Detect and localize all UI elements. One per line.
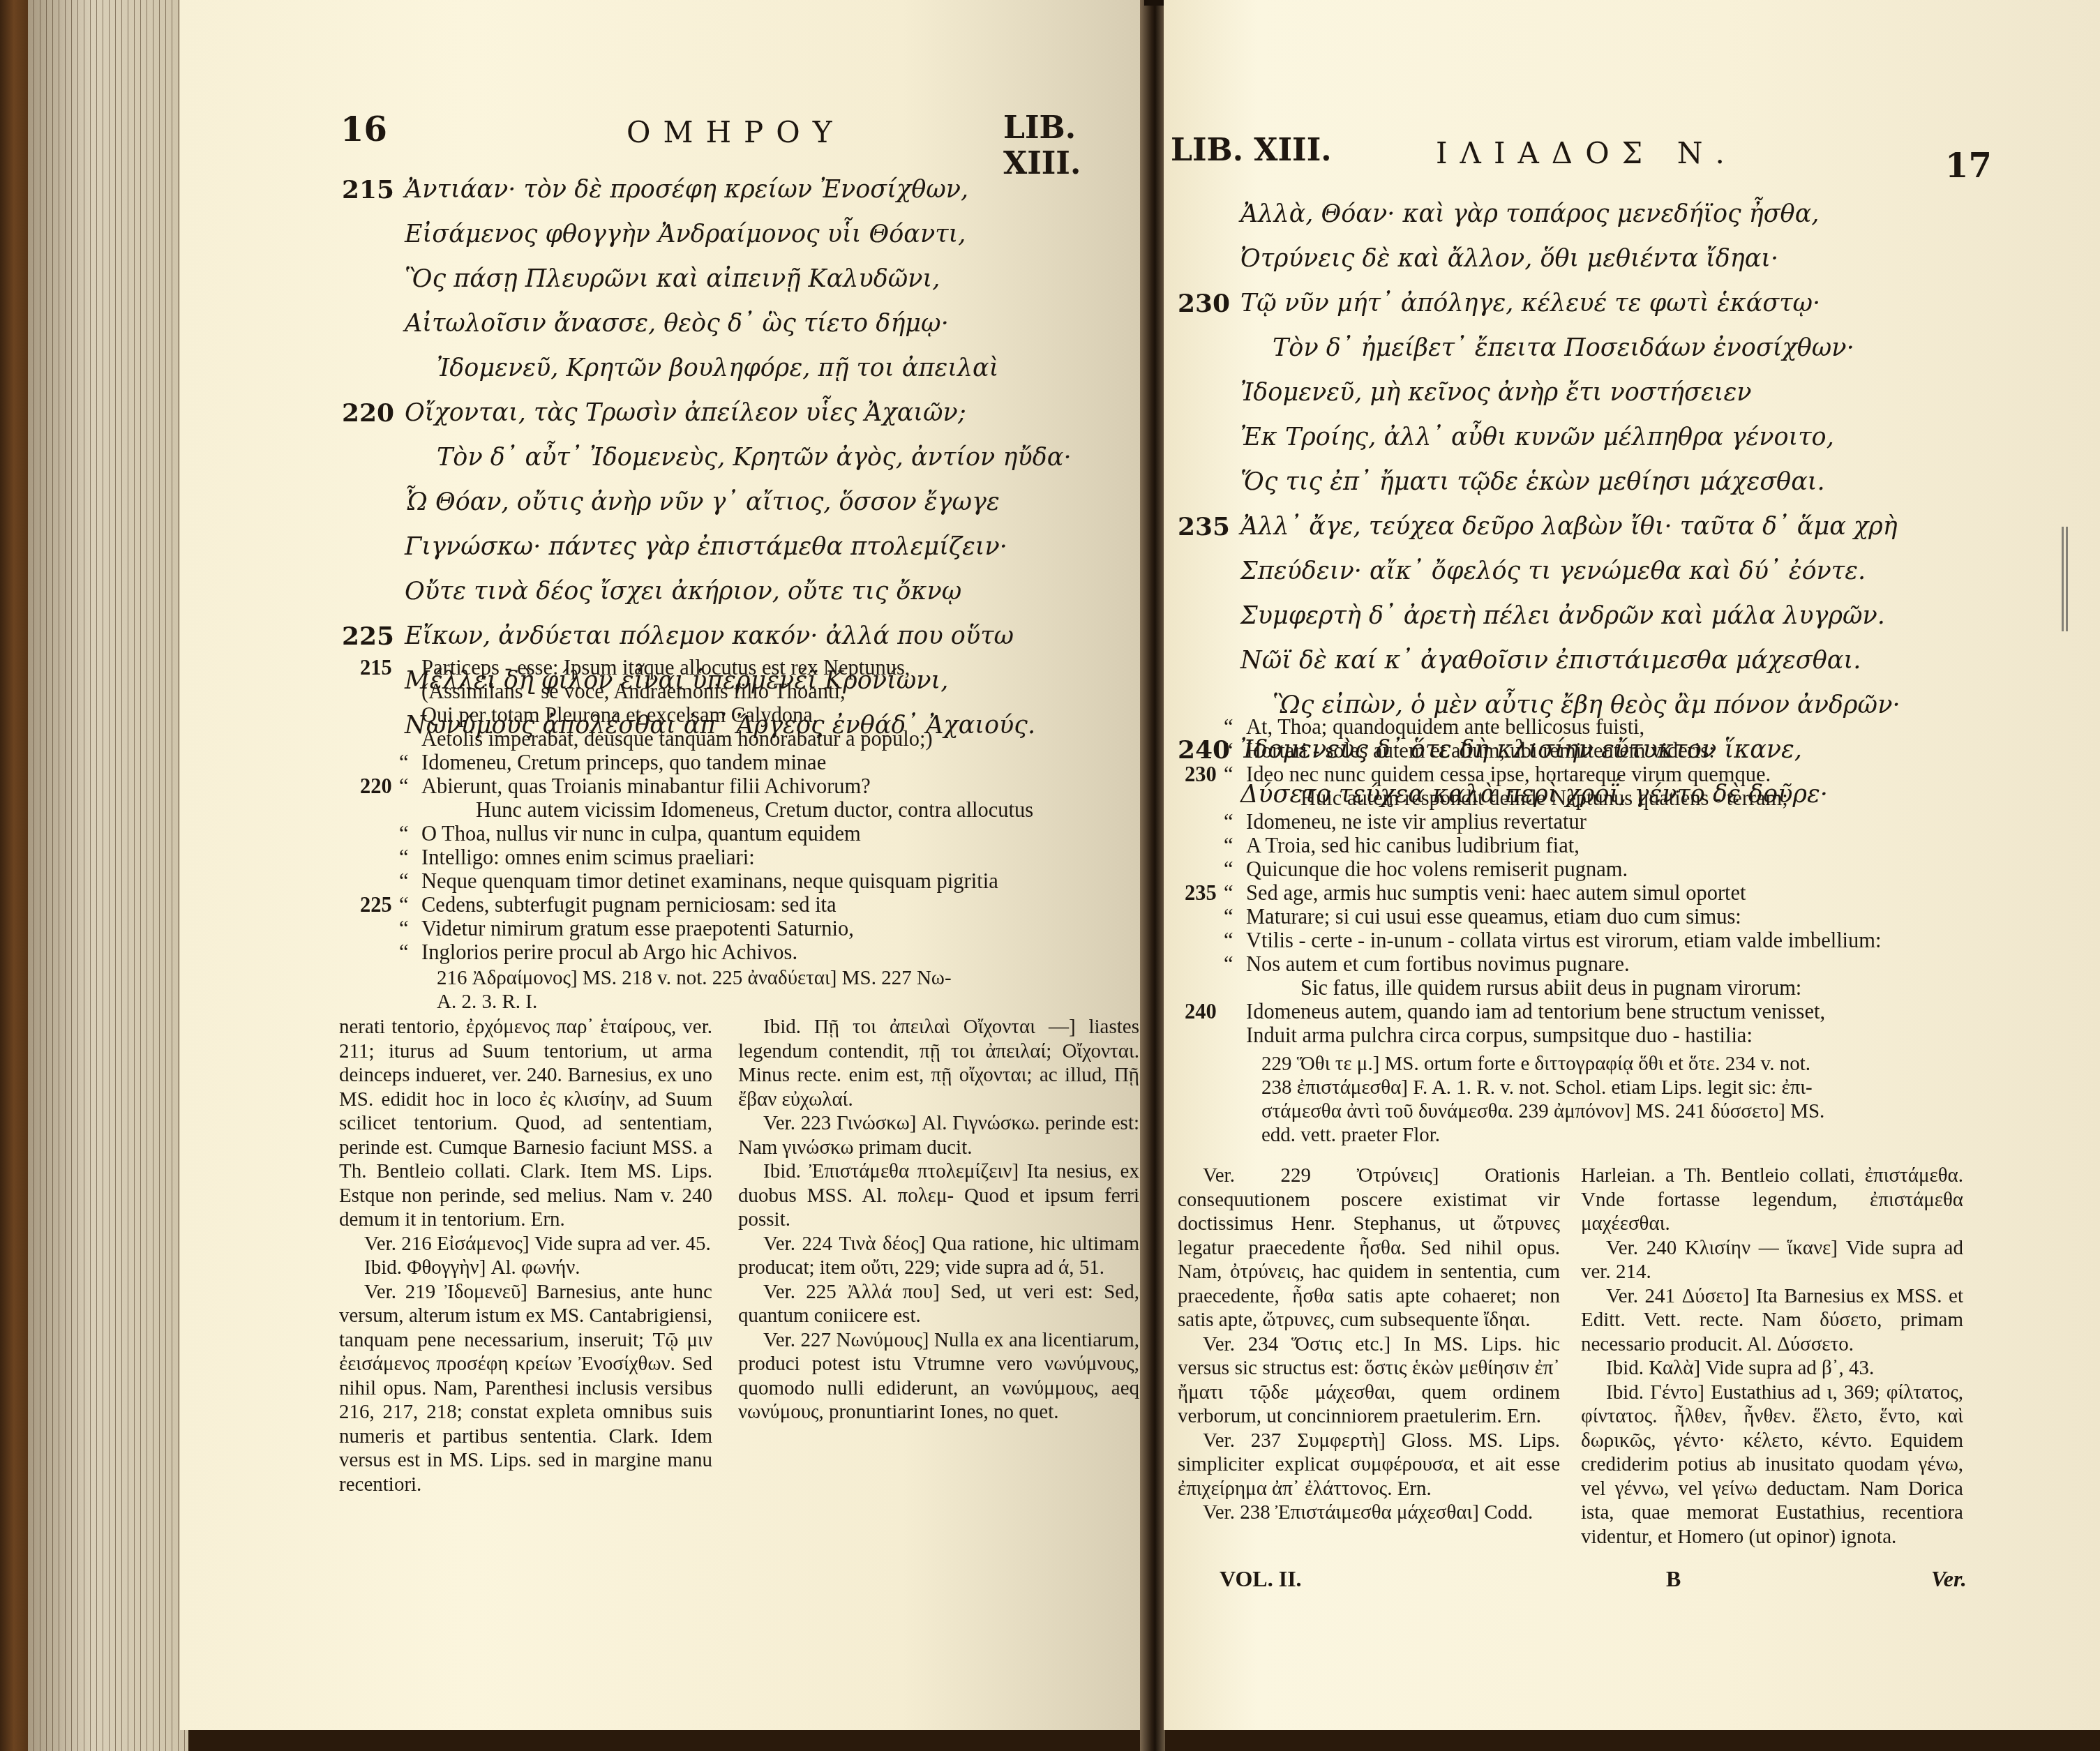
verse-text: Σπεύδειν· αἴκ᾽ ὄφελός τι γενώμεθα καὶ δύ… bbox=[1240, 549, 1866, 594]
note-paragraph: Ibid. Ἐπιστάμεθα πτολεμίζειν] Ita nesius… bbox=[738, 1159, 1139, 1232]
apparatus-line: 216 Ἀδραίμονος] MS. 218 v. not. 225 ἀναδ… bbox=[437, 966, 952, 990]
line-number bbox=[1185, 1023, 1224, 1047]
verse-text: Neque quenquam timor detinet examinans, … bbox=[421, 869, 998, 893]
line-number bbox=[360, 798, 399, 822]
verse-text: Οἴχονται, τὰς Τρωσὶν ἀπείλεον υἷες Ἀχαιῶ… bbox=[405, 391, 966, 435]
line-number bbox=[360, 917, 399, 940]
verse-line: “Idomeneu, Cretum princeps, quo tandem m… bbox=[360, 751, 1033, 774]
verse-line: Συμφερτὴ δ᾽ ἀρετὴ πέλει ἀνδρῶν καὶ μάλα … bbox=[1178, 594, 1900, 638]
note-paragraph: Ver. 238 Ἐπιστάιμεσθα μάχεσθαι] Codd. bbox=[1178, 1501, 1560, 1525]
note-paragraph: Ver. 237 Συμφερτὴ] Gloss. MS. Lips. simp… bbox=[1178, 1429, 1560, 1501]
line-number bbox=[1185, 786, 1224, 810]
verse-text: Sed age, armis huc sumptis veni: haec au… bbox=[1246, 881, 1746, 905]
right-book-label: LIB. XIII. bbox=[1171, 133, 1332, 168]
quote-mark: “ bbox=[1224, 952, 1246, 976]
line-number bbox=[360, 940, 399, 964]
note-paragraph: Ver. 227 Νωνύμους] Nulla ex ana licentia… bbox=[738, 1328, 1139, 1425]
quote-mark: “ bbox=[1224, 905, 1246, 929]
quote-mark bbox=[399, 656, 421, 679]
line-number bbox=[1178, 370, 1240, 415]
line-number bbox=[1185, 810, 1224, 834]
verse-text: Γιγνώσκω· πάντες γὰρ ἐπιστάμεθα πτολεμίζ… bbox=[405, 525, 1007, 569]
volume-signature: VOL. II. bbox=[1220, 1566, 1302, 1592]
line-number: 240 bbox=[1185, 1000, 1224, 1023]
note-paragraph: Ibid. Πῇ τοι ἀπειλαὶ Οἴχονται —] liastes… bbox=[738, 1015, 1139, 1111]
verse-line: “Videtur nimirum gratum esse praepotenti… bbox=[360, 917, 1033, 940]
verse-line: Ὃς πάσῃ Πλευρῶνι καὶ αἰπεινῇ Καλυδῶνι, bbox=[342, 257, 1072, 301]
verse-line: (Assimilans - se voce, Andraemonis filio… bbox=[360, 679, 1033, 703]
right-latin-translation: “At, Thoa; quandoquidem ante bellicosus … bbox=[1185, 715, 1882, 1047]
note-paragraph: Ver. 234 Ὅστις etc.] In MS. Lips. hic ve… bbox=[1178, 1332, 1560, 1429]
quote-mark bbox=[399, 798, 421, 822]
quote-mark bbox=[1224, 786, 1246, 810]
line-number bbox=[1185, 715, 1224, 739]
line-number bbox=[342, 480, 405, 525]
line-number: 215 bbox=[342, 167, 405, 212]
verse-text: Quicunque die hoc volens remiserit pugna… bbox=[1246, 857, 1628, 881]
verse-text: Ἀλλ᾽ ἄγε, τεύχεα δεῦρο λαβὼν ἴθι· ταῦτα … bbox=[1240, 504, 1898, 549]
quote-mark: “ bbox=[399, 751, 421, 774]
line-number: 220 bbox=[360, 774, 399, 798]
verse-line: “Hortari - soles autem et alium, ubi rem… bbox=[1185, 739, 1882, 762]
apparatus-line: 229 Ὅθι τε μ.] MS. ortum forte e διττογρ… bbox=[1261, 1052, 1824, 1076]
verse-text: Qui per totam Pleurona et excelsam Calyd… bbox=[421, 703, 818, 727]
line-number: 220 bbox=[342, 391, 405, 435]
pencil-mark bbox=[2062, 527, 2070, 631]
line-number: 235 bbox=[1178, 504, 1240, 549]
verse-line: 230“Ideo nec nunc quidem cessa ipse, hor… bbox=[1185, 762, 1882, 786]
verse-text: At, Thoa; quandoquidem ante bellicosus f… bbox=[1246, 715, 1644, 739]
line-number: 225 bbox=[360, 893, 399, 917]
verse-line: Ἀλλὰ, Θόαν· καὶ γὰρ τοπάρος μενεδήϊος ἦσ… bbox=[1178, 192, 1900, 236]
verse-text: Vtilis - certe - in-unum - collata virtu… bbox=[1246, 929, 1882, 952]
verse-line: Εἰσάμενος φθογγὴν Ἀνδραίμονος υἷι Θόαντι… bbox=[342, 212, 1072, 257]
quote-mark: “ bbox=[1224, 834, 1246, 857]
verse-line: “O Thoa, nullus vir nunc in culpa, quant… bbox=[360, 822, 1033, 846]
verse-text: Ὃς πάσῃ Πλευρῶνι καὶ αἰπεινῇ Καλυδῶνι, bbox=[405, 257, 940, 301]
verse-line: Qui per totam Pleurona et excelsam Calyd… bbox=[360, 703, 1033, 727]
verse-text: Abierunt, quas Troianis minabantur filii… bbox=[421, 774, 871, 798]
quote-mark: “ bbox=[399, 917, 421, 940]
quote-mark bbox=[399, 679, 421, 703]
verse-line: 220“Abierunt, quas Troianis minabantur f… bbox=[360, 774, 1033, 798]
verse-text: (Assimilans - se voce, Andraemonis filio… bbox=[421, 679, 846, 703]
verse-text: Εἴκων, ἀνδύεται πόλεμον κακόν· ἀλλά που … bbox=[405, 614, 1014, 659]
verse-line: “At, Thoa; quandoquidem ante bellicosus … bbox=[1185, 715, 1882, 739]
verse-text: Ὦ Θόαν, οὔτις ἀνὴρ νῦν γ᾽ αἴτιος, ὅσσον … bbox=[405, 480, 1000, 525]
verse-line: “Nos autem et cum fortibus novimus pugna… bbox=[1185, 952, 1882, 976]
verse-line: Ἰδομενεῦ, μὴ κεῖνος ἀνὴρ ἔτι νοστήσειεν bbox=[1178, 370, 1900, 415]
line-number bbox=[360, 679, 399, 703]
apparatus-line: A. 2. 3. R. I. bbox=[437, 990, 952, 1014]
verse-text: Ἐκ Τροίης, ἀλλ᾽ αὖθι κυνῶν μέλπηθρα γένο… bbox=[1240, 415, 1834, 460]
right-running-title: ΙΛΙΑΔΟΣ Ν. bbox=[1436, 136, 1737, 170]
left-latin-translation: 215Particeps - esse: Ipsum itaque allocu… bbox=[360, 656, 1033, 964]
left-critical-apparatus: 216 Ἀδραίμονος] MS. 218 v. not. 225 ἀναδ… bbox=[437, 966, 952, 1014]
verse-line: Τὸν δ᾽ αὖτ᾽ Ἰδομενεὺς, Κρητῶν ἀγὸς, ἀντί… bbox=[342, 435, 1072, 480]
verse-text: Τὸν δ᾽ ἠμείβετ᾽ ἔπειτα Ποσειδάων ἐνοσίχθ… bbox=[1240, 326, 1854, 370]
verse-line: 220Οἴχονται, τὰς Τρωσὶν ἀπείλεον υἷες Ἀχ… bbox=[342, 391, 1072, 435]
left-page: 16 ΟΜΗΡΟΥ LIB. XIII. 215Ἀντιάαν· τὸν δὲ … bbox=[180, 0, 1143, 1730]
line-number bbox=[1178, 460, 1240, 504]
verse-line: Hunc autem vicissim Idomeneus, Cretum du… bbox=[360, 798, 1033, 822]
apparatus-line: στάμεσθα ἀντὶ τοῦ δυνάμεσθα. 239 ἀμπόνον… bbox=[1261, 1099, 1824, 1123]
verse-line: 235“Sed age, armis huc sumptis veni: hae… bbox=[1185, 881, 1882, 905]
verse-line: 240Idomeneus autem, quando iam ad tentor… bbox=[1185, 1000, 1882, 1023]
note-paragraph: Ver. 240 Κλισίην — ἵκανε] Vide supra ad … bbox=[1581, 1236, 1963, 1284]
verse-text: Idomeneu, Cretum princeps, quo tandem mi… bbox=[421, 751, 826, 774]
line-number bbox=[1185, 929, 1224, 952]
quote-mark bbox=[1224, 1000, 1246, 1023]
quote-mark: “ bbox=[1224, 929, 1246, 952]
catchword: Ver. bbox=[1931, 1566, 1967, 1592]
verse-text: Ideo nec nunc quidem cessa ipse, hortare… bbox=[1246, 762, 1771, 786]
verse-text: Hunc autem vicissim Idomeneus, Cretum du… bbox=[421, 798, 1033, 822]
verse-line: “Idomeneu, ne iste vir amplius revertatu… bbox=[1185, 810, 1882, 834]
right-notes-column-2: Harleian. a Th. Bentleio collati, ἐπιστά… bbox=[1581, 1164, 1963, 1549]
quote-mark bbox=[399, 703, 421, 727]
verse-line: Ὀτρύνεις δὲ καὶ ἄλλον, ὅθι μεθιέντα ἴδηα… bbox=[1178, 236, 1900, 281]
verse-text: Induit arma pulchra circa corpus, sumpsi… bbox=[1246, 1023, 1753, 1047]
verse-line: 235Ἀλλ᾽ ἄγε, τεύχεα δεῦρο λαβὼν ἴθι· ταῦ… bbox=[1178, 504, 1900, 549]
line-number: 230 bbox=[1178, 281, 1240, 326]
note-paragraph: Ibid. Φθογγὴν] Al. φωνήν. bbox=[339, 1256, 712, 1280]
quote-mark: “ bbox=[399, 774, 421, 798]
quote-mark: “ bbox=[399, 869, 421, 893]
verse-line: 215Ἀντιάαν· τὸν δὲ προσέφη κρείων Ἐνοσίχ… bbox=[342, 167, 1072, 212]
verse-text: Cedens, subterfugit pugnam perniciosam: … bbox=[421, 893, 837, 917]
page-edges bbox=[28, 0, 188, 1751]
note-paragraph: Ver. 224 Τινὰ δέος] Qua ratione, hic ult… bbox=[738, 1232, 1139, 1280]
verse-line: Τὸν δ᾽ ἠμείβετ᾽ ἔπειτα Ποσειδάων ἐνοσίχθ… bbox=[1178, 326, 1900, 370]
verse-line: “A Troia, sed hic canibus ludibrium fiat… bbox=[1185, 834, 1882, 857]
line-number bbox=[360, 869, 399, 893]
line-number bbox=[342, 569, 405, 614]
verse-line: Νῶϊ δὲ καί κ᾽ ἀγαθοῖσιν ἐπιστάιμεσθα μάχ… bbox=[1178, 638, 1900, 683]
note-paragraph: Ver. 219 Ἰδομενεῦ] Barnesius, ante hunc … bbox=[339, 1280, 712, 1497]
verse-text: Ἀντιάαν· τὸν δὲ προσέφη κρείων Ἐνοσίχθων… bbox=[405, 167, 968, 212]
line-number bbox=[360, 822, 399, 846]
line-number bbox=[1185, 905, 1224, 929]
line-number bbox=[1178, 638, 1240, 683]
note-paragraph: Ver. 225 Ἀλλά που] Sed, ut veri est: Sed… bbox=[738, 1280, 1139, 1328]
quote-mark: “ bbox=[1224, 810, 1246, 834]
verse-text: Maturare; si cui usui esse queamus, etia… bbox=[1246, 905, 1741, 929]
line-number bbox=[1178, 415, 1240, 460]
verse-text: Τὸν δ᾽ αὖτ᾽ Ἰδομενεὺς, Κρητῶν ἀγὸς, ἀντί… bbox=[405, 435, 1072, 480]
verse-line: Sic fatus, ille quidem rursus abiit deus… bbox=[1185, 976, 1882, 1000]
quote-mark: “ bbox=[1224, 881, 1246, 905]
line-number bbox=[342, 435, 405, 480]
line-number bbox=[342, 212, 405, 257]
verse-text: Hortari - soles autem et alium, ubi remi… bbox=[1246, 739, 1715, 762]
verse-line: Σπεύδειν· αἴκ᾽ ὄφελός τι γενώμεθα καὶ δύ… bbox=[1178, 549, 1900, 594]
quote-mark bbox=[1224, 1023, 1246, 1047]
verse-line: 225Εἴκων, ἀνδύεται πόλεμον κακόν· ἀλλά π… bbox=[342, 614, 1072, 659]
note-paragraph: Ver. 216 Εἰσάμενος] Vide supra ad ver. 4… bbox=[339, 1232, 712, 1256]
note-paragraph: Ibid. Καλὰ] Vide supra ad β᾽, 43. bbox=[1581, 1356, 1963, 1381]
apparatus-line: 238 ἐπιστάμεσθα] F. A. 1. R. v. not. Sch… bbox=[1261, 1076, 1824, 1099]
verse-line: “Neque quenquam timor detinet examinans,… bbox=[360, 869, 1033, 893]
verse-text: Sic fatus, ille quidem rursus abiit deus… bbox=[1246, 976, 1801, 1000]
verse-text: Nos autem et cum fortibus novimus pugnar… bbox=[1246, 952, 1630, 976]
quote-mark: “ bbox=[399, 846, 421, 869]
verse-text: Particeps - esse: Ipsum itaque allocutus… bbox=[421, 656, 910, 679]
quote-mark: “ bbox=[399, 822, 421, 846]
verse-text: Idomeneus autem, quando iam ad tentorium… bbox=[1246, 1000, 1825, 1023]
verse-line: “Intelligo: omnes enim scimus praeliari: bbox=[360, 846, 1033, 869]
verse-line: Ὦ Θόαν, οὔτις ἀνὴρ νῦν γ᾽ αἴτιος, ὅσσον … bbox=[342, 480, 1072, 525]
left-running-title: ΟΜΗΡΟΥ bbox=[627, 115, 844, 149]
book-gutter bbox=[1140, 0, 1165, 1751]
gathering-signature: B bbox=[1666, 1566, 1681, 1592]
verse-text: O Thoa, nullus vir nunc in culpa, quantu… bbox=[421, 822, 861, 846]
line-number bbox=[1185, 952, 1224, 976]
verse-text: Ἰδομενεῦ, μὴ κεῖνος ἀνὴρ ἔτι νοστήσειεν bbox=[1240, 370, 1751, 415]
verse-text: Συμφερτὴ δ᾽ ἀρετὴ πέλει ἀνδρῶν καὶ μάλα … bbox=[1240, 594, 1885, 638]
right-notes-column-1: Ver. 229 Ὀτρύνεις] Orationis consequutio… bbox=[1178, 1164, 1560, 1525]
line-number bbox=[1178, 594, 1240, 638]
verse-text: A Troia, sed hic canibus ludibrium fiat, bbox=[1246, 834, 1580, 857]
quote-mark: “ bbox=[399, 893, 421, 917]
verse-text: Huic autem respondit deinde Neptunus qua… bbox=[1246, 786, 1788, 810]
verse-text: Αἰτωλοῖσιν ἄνασσε, θεὸς δ᾽ ὣς τίετο δήμῳ… bbox=[405, 301, 949, 346]
line-number bbox=[1185, 834, 1224, 857]
note-paragraph: Ibid. Γέντο] Eustathius ad ι, 369; φίλτα… bbox=[1581, 1381, 1963, 1549]
verse-line: Huic autem respondit deinde Neptunus qua… bbox=[1185, 786, 1882, 810]
verse-line: 230Τῷ νῦν μήτ᾽ ἀπόληγε, κέλευέ τε φωτὶ ἑ… bbox=[1178, 281, 1900, 326]
verse-text: Ὀτρύνεις δὲ καὶ ἄλλον, ὅθι μεθιέντα ἴδηα… bbox=[1240, 236, 1778, 281]
line-number bbox=[342, 346, 405, 391]
verse-line: “Inglorios perire procul ab Argo hic Ach… bbox=[360, 940, 1033, 964]
verse-text: Ὅς τις ἐπ᾽ ἤματι τῷδε ἑκὼν μεθίησι μάχεσ… bbox=[1240, 460, 1825, 504]
line-number bbox=[1185, 976, 1224, 1000]
line-number bbox=[1178, 549, 1240, 594]
verse-text: Aetolis imperabat, deusque tanquam honor… bbox=[421, 727, 933, 751]
verse-text: Εἰσάμενος φθογγὴν Ἀνδραίμονος υἷι Θόαντι… bbox=[405, 212, 966, 257]
line-number: 235 bbox=[1185, 881, 1224, 905]
line-number bbox=[1185, 857, 1224, 881]
line-number: 225 bbox=[342, 614, 405, 659]
verse-line: “Quicunque die hoc volens remiserit pugn… bbox=[1185, 857, 1882, 881]
verse-text: Νῶϊ δὲ καί κ᾽ ἀγαθοῖσιν ἐπιστάιμεσθα μάχ… bbox=[1240, 638, 1861, 683]
quote-mark bbox=[1224, 976, 1246, 1000]
verse-line: Αἰτωλοῖσιν ἄνασσε, θεὸς δ᾽ ὣς τίετο δήμῳ… bbox=[342, 301, 1072, 346]
note-paragraph: nerati tentorio, ἐρχόμενος παρ᾽ ἑταίρους… bbox=[339, 1015, 712, 1232]
quote-mark: “ bbox=[1224, 715, 1246, 739]
line-number bbox=[360, 727, 399, 751]
verse-line: Γιγνώσκω· πάντες γὰρ ἐπιστάμεθα πτολεμίζ… bbox=[342, 525, 1072, 569]
quote-mark: “ bbox=[1224, 739, 1246, 762]
note-paragraph: Ver. 229 Ὀτρύνεις] Orationis consequutio… bbox=[1178, 1164, 1560, 1332]
line-number bbox=[360, 846, 399, 869]
note-paragraph: Ver. 241 Δύσετο] Ita Barnesius ex MSS. e… bbox=[1581, 1284, 1963, 1357]
left-notes-column-1: nerati tentorio, ἐρχόμενος παρ᾽ ἑταίρους… bbox=[339, 1015, 712, 1496]
line-number bbox=[1178, 192, 1240, 236]
verse-line: 225“Cedens, subterfugit pugnam pernicios… bbox=[360, 893, 1033, 917]
left-page-number: 16 bbox=[340, 110, 387, 149]
verse-line: 215Particeps - esse: Ipsum itaque allocu… bbox=[360, 656, 1033, 679]
verse-line: Ἐκ Τροίης, ἀλλ᾽ αὖθι κυνῶν μέλπηθρα γένο… bbox=[1178, 415, 1900, 460]
quote-mark bbox=[399, 727, 421, 751]
line-number bbox=[1178, 326, 1240, 370]
verse-text: Idomeneu, ne iste vir amplius revertatur bbox=[1246, 810, 1587, 834]
verse-text: Ἀλλὰ, Θόαν· καὶ γὰρ τοπάρος μενεδήϊος ἦσ… bbox=[1240, 192, 1819, 236]
verse-line: “Vtilis - certe - in-unum - collata virt… bbox=[1185, 929, 1882, 952]
line-number bbox=[342, 525, 405, 569]
right-page: LIB. XIII. ΙΛΙΑΔΟΣ Ν. 17 Ἀλλὰ, Θόαν· καὶ… bbox=[1164, 0, 2100, 1730]
verse-line: Ὅς τις ἐπ᾽ ἤματι τῷδε ἑκὼν μεθίησι μάχεσ… bbox=[1178, 460, 1900, 504]
line-number bbox=[1185, 739, 1224, 762]
line-number: 230 bbox=[1185, 762, 1224, 786]
verse-text: Inglorios perire procul ab Argo hic Achi… bbox=[421, 940, 797, 964]
verse-text: Οὔτε τινὰ δέος ἴσχει ἀκήριον, οὔτε τις ὄ… bbox=[405, 569, 961, 614]
verse-text: Intelligo: omnes enim scimus praeliari: bbox=[421, 846, 755, 869]
line-number bbox=[360, 703, 399, 727]
verse-text: Ἰδομενεῦ, Κρητῶν βουληφόρε, πῇ τοι ἀπειλ… bbox=[405, 346, 998, 391]
left-notes-column-2: Ibid. Πῇ τοι ἀπειλαὶ Οἴχονται —] liastes… bbox=[738, 1015, 1139, 1425]
line-number: 215 bbox=[360, 656, 399, 679]
apparatus-line: edd. vett. praeter Flor. bbox=[1261, 1123, 1824, 1147]
quote-mark: “ bbox=[399, 940, 421, 964]
note-paragraph: Ver. 223 Γινώσκω] Al. Γιγνώσκω. perinde … bbox=[738, 1111, 1139, 1159]
verse-text: Videtur nimirum gratum esse praepotenti … bbox=[421, 917, 854, 940]
verse-line: Aetolis imperabat, deusque tanquam honor… bbox=[360, 727, 1033, 751]
verse-line: Ἰδομενεῦ, Κρητῶν βουληφόρε, πῇ τοι ἀπειλ… bbox=[342, 346, 1072, 391]
right-page-number: 17 bbox=[1945, 146, 1992, 186]
quote-mark: “ bbox=[1224, 857, 1246, 881]
line-number bbox=[1178, 236, 1240, 281]
verse-text: Τῷ νῦν μήτ᾽ ἀπόληγε, κέλευέ τε φωτὶ ἑκάσ… bbox=[1240, 281, 1820, 326]
line-number bbox=[342, 257, 405, 301]
line-number bbox=[360, 751, 399, 774]
verse-line: Induit arma pulchra circa corpus, sumpsi… bbox=[1185, 1023, 1882, 1047]
quote-mark: “ bbox=[1224, 762, 1246, 786]
verse-line: “Maturare; si cui usui esse queamus, eti… bbox=[1185, 905, 1882, 929]
note-paragraph: Harleian. a Th. Bentleio collati, ἐπιστά… bbox=[1581, 1164, 1963, 1236]
verse-line: Οὔτε τινὰ δέος ἴσχει ἀκήριον, οὔτε τις ὄ… bbox=[342, 569, 1072, 614]
line-number bbox=[342, 301, 405, 346]
right-critical-apparatus: 229 Ὅθι τε μ.] MS. ortum forte e διττογρ… bbox=[1261, 1052, 1824, 1147]
